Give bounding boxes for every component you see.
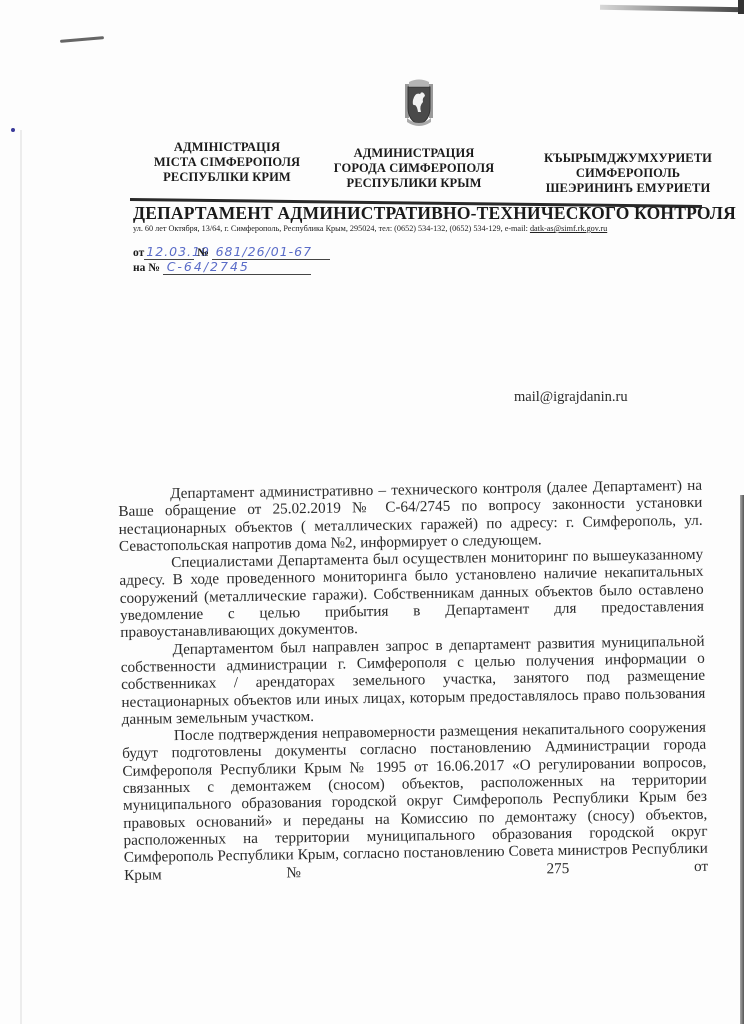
header-crimean-tatar: КЪЫРЫМДЖУМХУРИЕТИ СИМФЕРОПОЛЬ ШЕЭРИНИНЪ … <box>528 151 728 196</box>
address-text: ул. 60 лет Октября, 13/64, г. Симферопол… <box>133 224 530 233</box>
reply-label: на № <box>133 262 160 274</box>
handwritten-reply-number: С-64/2745 <box>163 259 311 275</box>
scanned-letter-page: АДМІНІСТРАЦІЯ МІСТА СІМФЕРОПОЛЯ РЕСПУБЛІ… <box>0 0 744 1024</box>
header-russian: АДМИНИСТРАЦИЯ ГОРОДА СИМФЕРОПОЛЯ РЕСПУБЛ… <box>324 146 504 191</box>
header-line: СИМФЕРОПОЛЬ <box>528 166 728 181</box>
date-label: от <box>133 247 144 259</box>
header-line: АДМІНІСТРАЦІЯ <box>138 140 316 155</box>
header-line: ГОРОДА СИМФЕРОПОЛЯ <box>324 161 504 176</box>
body-paragraph: Специалистами Департамента был осуществл… <box>119 546 704 642</box>
incoming-reference: на № С-64/2745 <box>133 259 311 275</box>
department-title: ДЕПАРТАМЕНТ АДМИНИСТРАТИВНО-ТЕХНИЧЕСКОГО… <box>133 203 736 224</box>
header-line: АДМИНИСТРАЦИЯ <box>324 146 504 161</box>
header-line: МІСТА СІМФЕРОПОЛЯ <box>138 155 316 170</box>
recipient-email: mail@igrajdanin.ru <box>514 389 628 406</box>
header-ukrainian: АДМІНІСТРАЦІЯ МІСТА СІМФЕРОПОЛЯ РЕСПУБЛІ… <box>138 140 316 185</box>
header-line: РЕСПУБЛИКИ КРЫМ <box>324 176 504 191</box>
header-line: КЪЫРЫМДЖУМХУРИЕТИ <box>528 151 728 166</box>
handwritten-date: 12.03.19 <box>144 244 194 260</box>
body-paragraph: После подтверждения неправомерности разм… <box>122 719 708 884</box>
scan-edge-corner <box>738 0 744 14</box>
scan-artifact <box>20 130 22 1024</box>
body-paragraph: Департаментом был направлен запрос в деп… <box>120 632 705 728</box>
scan-stroke-mark <box>60 36 104 43</box>
department-email-link[interactable]: datk-as@simf.rk.gov.ru <box>530 224 607 233</box>
letter-body: Департамент административно – техническо… <box>118 477 708 884</box>
crimea-coat-of-arms-icon <box>403 78 435 130</box>
body-paragraph: Департамент административно – техническо… <box>118 477 703 555</box>
header-line: РЕСПУБЛІКИ КРИМ <box>138 170 316 185</box>
scan-right-edge <box>740 495 744 1024</box>
ink-dot <box>11 128 15 132</box>
number-label: № <box>197 247 209 259</box>
scan-edge-line <box>600 5 744 13</box>
header-line: ШЕЭРИНИНЪ ЕМУРИЕТИ <box>528 181 728 196</box>
department-address: ул. 60 лет Октября, 13/64, г. Симферопол… <box>133 224 607 233</box>
handwritten-number: 681/26/01-67 <box>212 244 330 260</box>
outgoing-reference: от12.03.19 № 681/26/01-67 <box>133 244 330 260</box>
